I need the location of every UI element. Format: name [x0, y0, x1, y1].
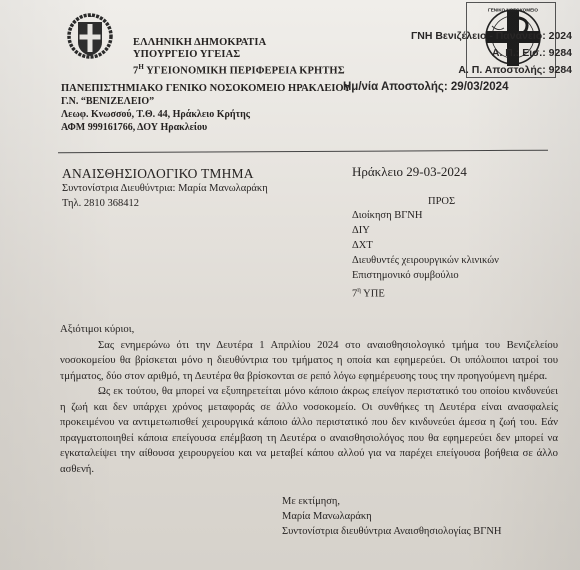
- department-block: ΑΝΑΙΣΘΗΣΙΟΛΟΓΙΚΟ ΤΜΗΜΑ Συντονίστρια Διευ…: [62, 166, 268, 211]
- signatory-name: Μαρία Μανωλαράκη: [282, 509, 501, 524]
- header-divider: [58, 150, 548, 154]
- recipient-item: 7η ΥΠΕ: [352, 283, 499, 302]
- letter-paragraph: Σας ενημερώνω ότι την Δευτέρα 1 Απριλίου…: [60, 338, 558, 385]
- recipients-list: Διοίκηση ΒΓΝΗ ΔΙΥ ΔΧΤ Διευθυντές χειρουρ…: [352, 208, 499, 302]
- hospital-header: ΠΑΝΕΠΙΣΤΗΜΙΑΚΟ ΓΕΝΙΚΟ ΝΟΣΟΚΟΜΕΙΟ ΗΡΑΚΛΕΙ…: [61, 82, 351, 134]
- signatory-title: Συντονίστρια διευθύντρια Αναισθησιολογία…: [282, 524, 501, 539]
- hospital-name: ΠΑΝΕΠΙΣΤΗΜΙΑΚΟ ΓΕΝΙΚΟ ΝΟΣΟΚΟΜΕΙΟ ΗΡΑΚΛΕΙ…: [61, 82, 351, 95]
- department-title: ΑΝΑΙΣΘΗΣΙΟΛΟΓΙΚΟ ΤΜΗΜΑ: [62, 166, 268, 181]
- stamp-hospital-line: ΓΝΗ Βενιζέλειο - Πανάνειο: 2024: [411, 28, 572, 45]
- gov-line-region: 7Η ΥΓΕΙΟΝΟΜΙΚΗ ΠΕΡΙΦΕΡΕΙΑ ΚΡΗΤΗΣ: [133, 61, 345, 78]
- department-phone: Τηλ. 2810 368412: [62, 196, 268, 211]
- recipient-item: Διευθυντές χειρουργικών κλινικών: [352, 253, 499, 268]
- department-director: Συντονίστρια Διευθύντρια: Μαρία Μανωλαρά…: [62, 181, 268, 196]
- recipient-item: Επιστημονικό συμβούλιο: [352, 268, 499, 283]
- svg-text:ΓΕΝΙΚΟ ΝΟΣΟΚΟΜΕΙΟ: ΓΕΝΙΚΟ ΝΟΣΟΚΟΜΕΙΟ: [488, 8, 538, 13]
- stamp-outgoing-number: Α. Π. Αποστολής: 9284: [411, 62, 572, 79]
- hospital-short-name: Γ.Ν. “ΒΕΝΙΖΕΛΕΙΟ”: [61, 95, 351, 108]
- protocol-stamp: ΓΝΗ Βενιζέλειο - Πανάνειο: 2024 Α. Π.: Ε…: [411, 28, 572, 79]
- letter-paragraph: Ως εκ τούτου, θα μπορεί να εξυπηρετείται…: [60, 384, 558, 477]
- government-header: ΕΛΛΗΝΙΚΗ ΔΗΜΟΚΡΑΤΙΑ ΥΠΟΥΡΓΕΙΟ ΥΓΕΙΑΣ 7Η …: [133, 37, 345, 78]
- gov-line-ministry: ΥΠΟΥΡΓΕΙΟ ΥΓΕΙΑΣ: [133, 49, 345, 61]
- signature-block: Με εκτίμηση, Μαρία Μανωλαράκη Συντονίστρ…: [282, 494, 501, 539]
- stamp-incoming-number: Α. Π.: Εισ.: 9284: [411, 45, 572, 62]
- gov-line-republic: ΕΛΛΗΝΙΚΗ ΔΗΜΟΚΡΑΤΙΑ: [133, 37, 345, 49]
- salutation: Αξιότιμοι κύριοι,: [60, 322, 558, 338]
- recipient-item: Διοίκηση ΒΓΝΗ: [352, 208, 499, 223]
- send-date: Ημ/νία Αποστολής: 29/03/2024: [343, 81, 508, 93]
- letter-page: ΕΛΛΗΝΙΚΗ ΔΗΜΟΚΡΑΤΙΑ ΥΠΟΥΡΓΕΙΟ ΥΓΕΙΑΣ 7Η …: [0, 0, 580, 570]
- letter-body: Αξιότιμοι κύριοι, Σας ενημερώνω ότι την …: [60, 322, 558, 477]
- place-date: Ηράκλειο 29-03-2024: [352, 164, 467, 180]
- recipient-item: ΔΧΤ: [352, 238, 499, 253]
- hospital-tax-info: ΑΦΜ 999161766, ΔΟΥ Ηρακλείου: [61, 121, 351, 134]
- greek-coat-of-arms-icon: [66, 12, 114, 62]
- recipient-item: ΔΙΥ: [352, 223, 499, 238]
- recipients-label: ΠΡΟΣ: [428, 196, 455, 207]
- hospital-address: Λεωφ. Κνωσσού, Τ.Θ. 44, Ηράκλειο Κρήτης: [61, 108, 351, 121]
- closing: Με εκτίμηση,: [282, 494, 501, 509]
